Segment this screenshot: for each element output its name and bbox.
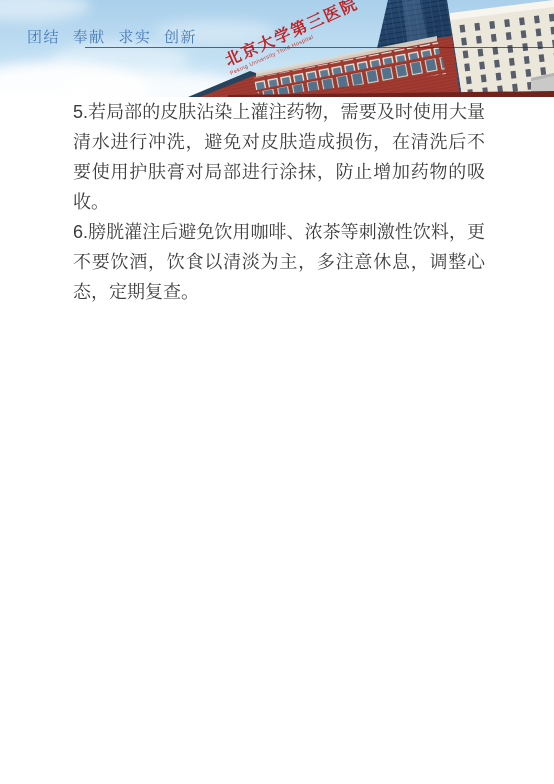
article-body: 5.若局部的皮肤沾染上灌注药物，需要及时使用大量清水进行冲洗，避免对皮肤造成损伤… bbox=[0, 97, 554, 307]
instruction-item-5: 5.若局部的皮肤沾染上灌注药物，需要及时使用大量清水进行冲洗，避免对皮肤造成损伤… bbox=[73, 97, 485, 217]
hospital-photo: 北京大学第三医院 Peking University Third Hospita… bbox=[0, 0, 554, 97]
hospital-motto: 团结 奉献 求实 创新 bbox=[27, 26, 197, 47]
header-divider-line bbox=[85, 47, 554, 48]
hospital-photo-banner: 北京大学第三医院 Peking University Third Hospita… bbox=[0, 0, 554, 97]
instruction-item-6: 6.膀胱灌注后避免饮用咖啡、浓茶等刺激性饮料，更不要饮酒，饮食以清淡为主，多注意… bbox=[73, 217, 485, 307]
